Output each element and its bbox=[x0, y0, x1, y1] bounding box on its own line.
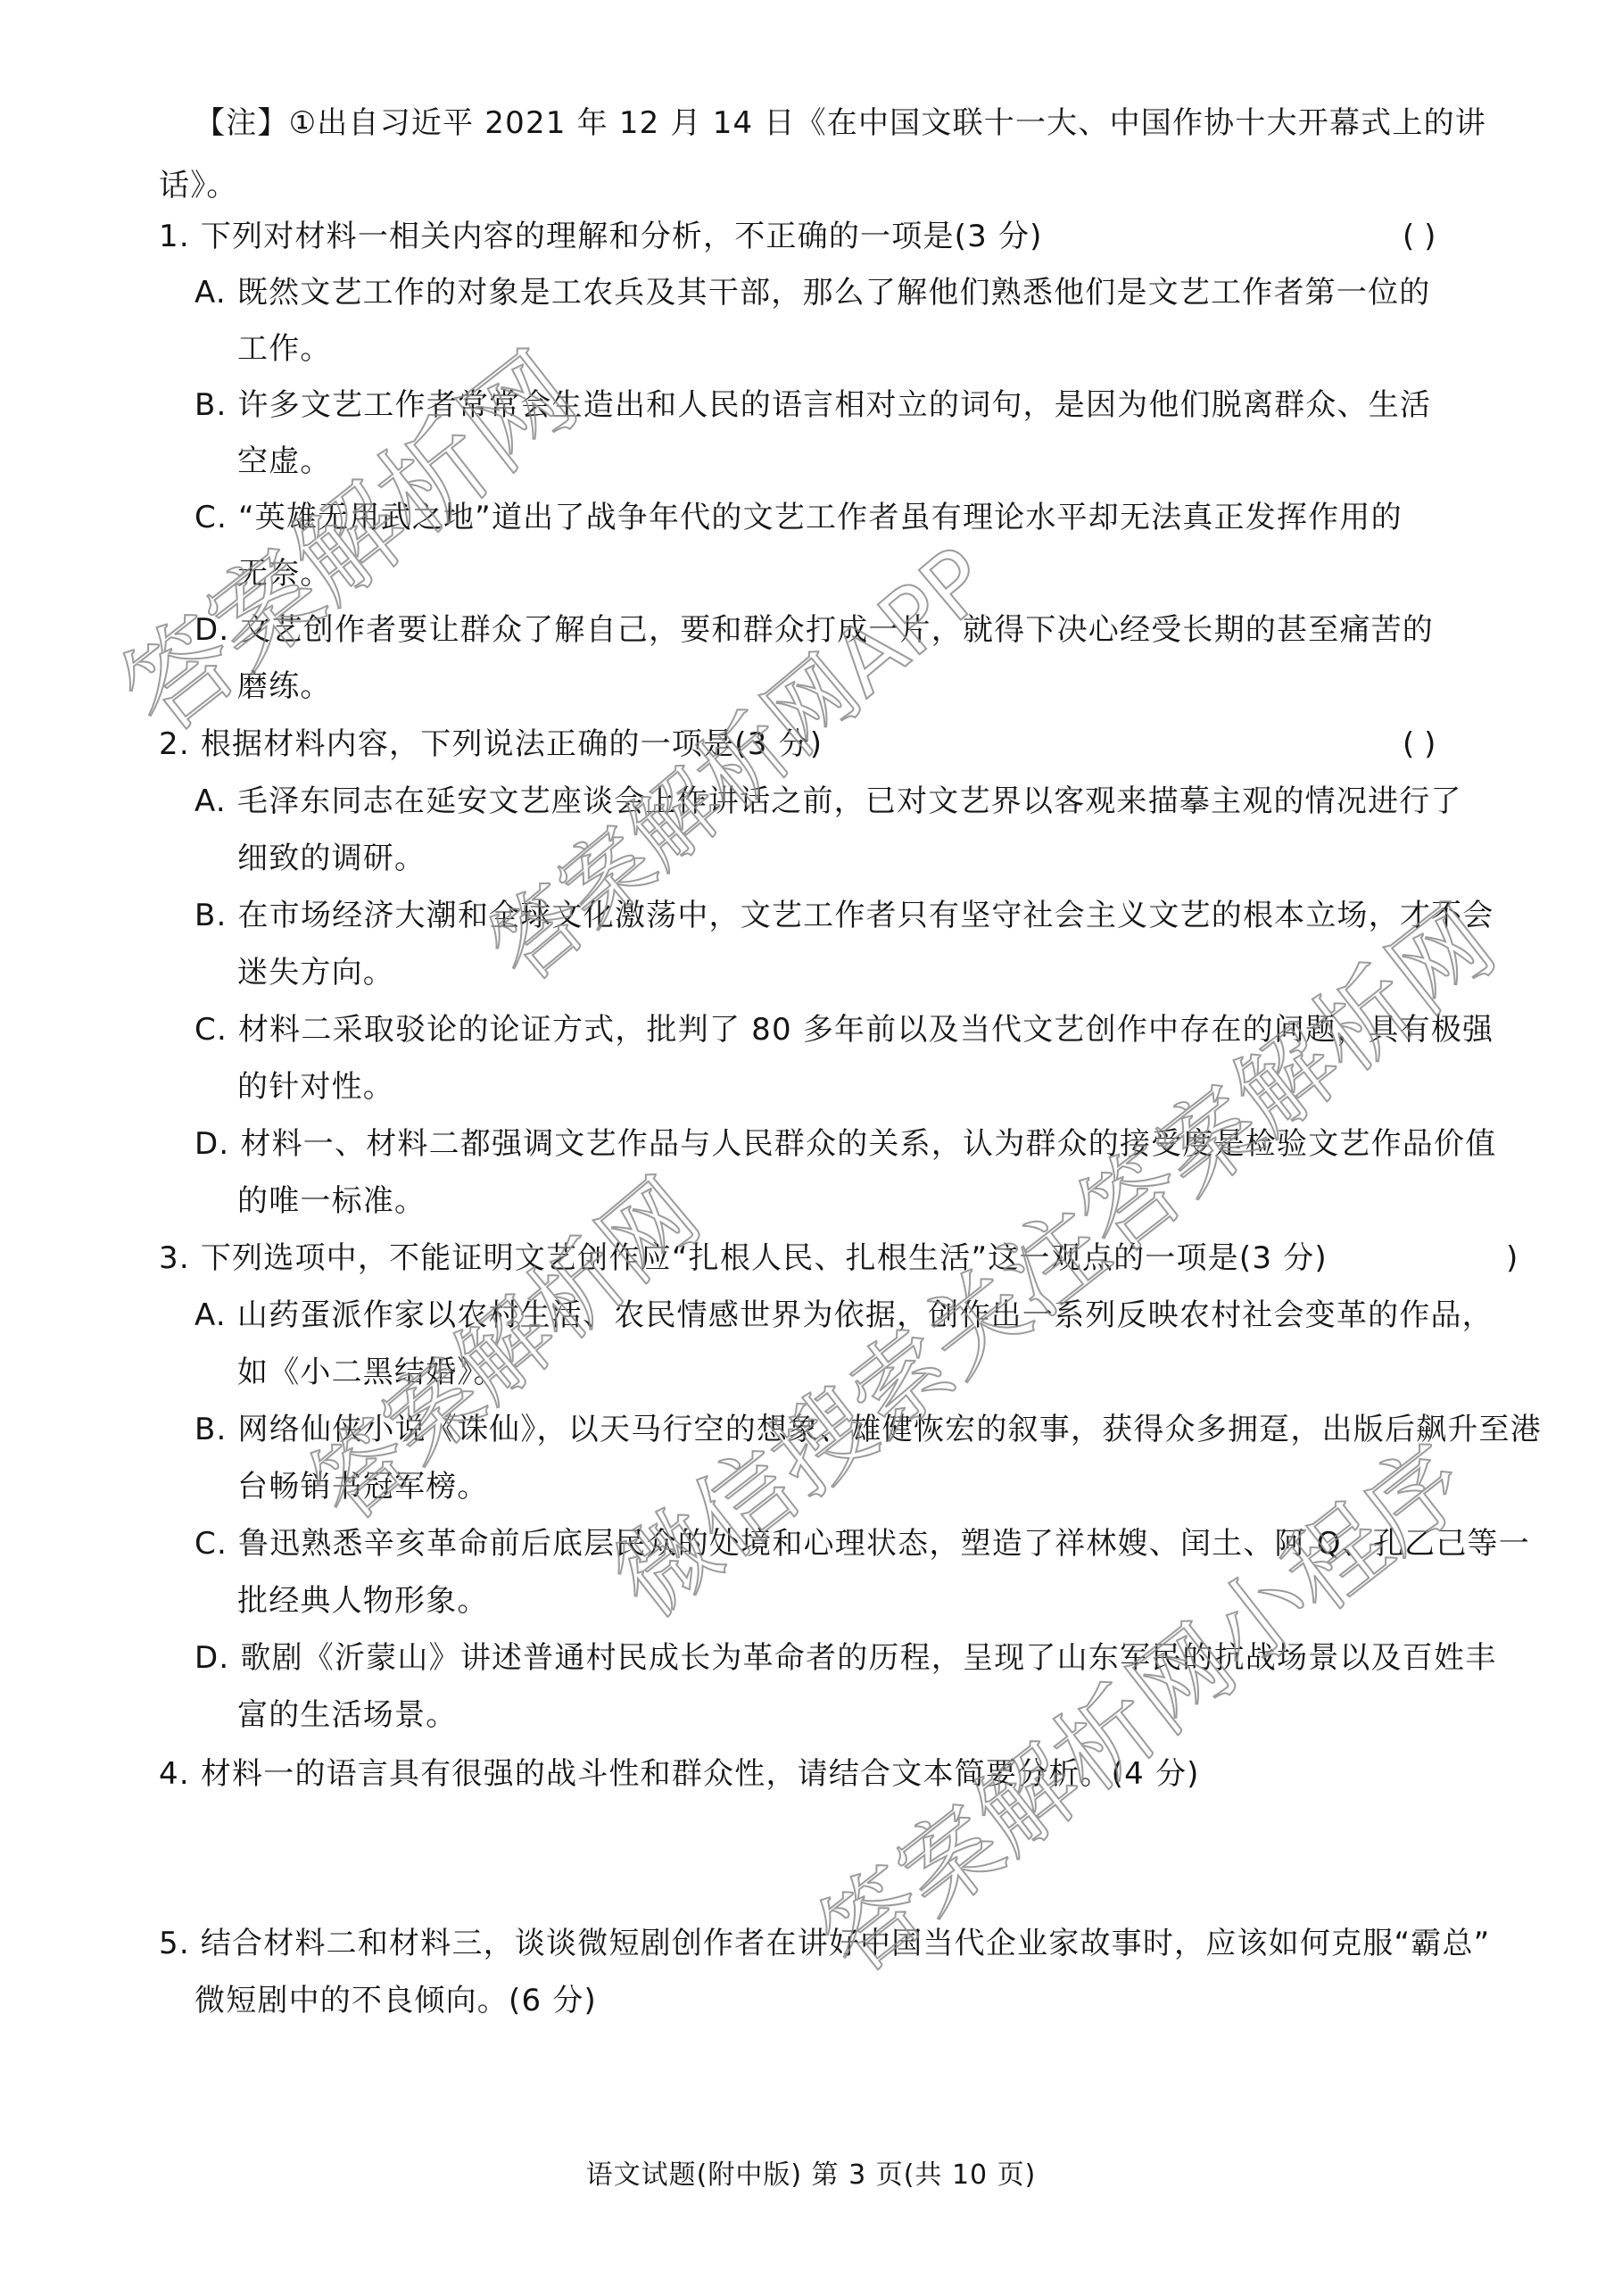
q2-option-b: B. 在市场经济大潮和全球文化激荡中，文艺工作者只有坚守社会主义文艺的根本立场，… bbox=[194, 896, 1494, 935]
q3-option-b-cont: 台畅销书冠军榜。 bbox=[237, 1467, 489, 1506]
q3-option-a: A. 山药蛋派作家以农村生活、农民情感世界为依据，创作出一系列反映农村社会变革的… bbox=[194, 1296, 1494, 1335]
q1-option-d-cont: 磨练。 bbox=[237, 667, 332, 706]
question-1-stem: 1. 下列对材料一相关内容的理解和分析，不正确的一项是(3 分) bbox=[159, 217, 1043, 256]
q1-option-a-cont: 工作。 bbox=[237, 329, 332, 369]
q1-option-d: D. 文艺创作者要让群众了解自己，要和群众打成一片，就得下决心经受长期的甚至痛苦… bbox=[194, 610, 1434, 650]
q1-option-a: A. 既然文艺工作的对象是工农兵及其干部，那么了解他们熟悉他们是文艺工作者第一位… bbox=[194, 273, 1430, 312]
watermark-5: 答案解析网小程序 bbox=[786, 1405, 1492, 2000]
q2-option-d: D. 材料一、材料二都强调文艺作品与人民群众的关系，认为群众的接受度是检验文艺作… bbox=[194, 1124, 1496, 1164]
q1-option-c: C. “英雄无用武之地”道出了战争年代的文艺工作者虽有理论水平却无法真正发挥作用… bbox=[194, 498, 1403, 537]
question-5-stem-cont: 微短剧中的不良倾向。(6 分) bbox=[194, 1981, 597, 2020]
exam-page: 【注】①出自习近平 2021 年 12 月 14 日《在中国文联十一大、中国作协… bbox=[0, 0, 1622, 2296]
question-5-stem: 5. 结合材料二和材料三，谈谈微短剧创作者在讲好中国当代企业家故事时，应该如何克… bbox=[159, 1924, 1490, 1963]
q3-option-b: B. 网络仙侠小说《诛仙》，以天马行空的想象、雄健恢宏的叙事，获得众多拥趸，出版… bbox=[194, 1410, 1542, 1449]
q2-option-a-cont: 细致的调研。 bbox=[237, 839, 426, 878]
q3-option-d-cont: 富的生活场景。 bbox=[237, 1695, 457, 1735]
q1-option-b: B. 许多文艺工作者常常会生造出和人民的语言相对立的词句，是因为他们脱离群众、生… bbox=[194, 385, 1431, 425]
q2-option-a: A. 毛泽东同志在延安文艺座谈会上作讲话之前，已对文艺界以客观来描摹主观的情况进… bbox=[194, 782, 1462, 821]
answer-bracket-2: ( ) bbox=[1403, 725, 1436, 764]
q3-option-c-cont: 批经典人物形象。 bbox=[237, 1581, 489, 1620]
question-2-stem: 2. 根据材料内容，下列说法正确的一项是(3 分) bbox=[159, 725, 823, 764]
footnote-line-1: 【注】①出自习近平 2021 年 12 月 14 日《在中国文联十一大、中国作协… bbox=[194, 104, 1486, 143]
footnote-line-2: 话》。 bbox=[159, 166, 238, 205]
q1-option-b-cont: 空虚。 bbox=[237, 442, 332, 481]
q3-option-c: C. 鲁迅熟悉辛亥革命前后底层民众的处境和心理状态，塑造了祥林嫂、闰土、阿 Q、… bbox=[194, 1524, 1530, 1563]
question-3-stem: 3. 下列选项中，不能证明文艺创作应“扎根人民、扎根生活”这一观点的一项是(3 … bbox=[159, 1239, 1328, 1278]
answer-bracket-3: ) bbox=[1506, 1239, 1518, 1278]
page-footer: 语文试题(附中版) 第 3 页(共 10 页) bbox=[0, 2158, 1622, 2193]
q3-option-d: D. 歌剧《沂蒙山》讲述普通村民成长为革命者的历程，呈现了山东军民的抗战场景以及… bbox=[194, 1638, 1496, 1678]
q2-option-c: C. 材料二采取驳论的论证方式，批判了 80 多年前以及当代文艺创作中存在的问题… bbox=[194, 1010, 1494, 1049]
q2-option-b-cont: 迷失方向。 bbox=[237, 953, 394, 992]
q2-option-d-cont: 的唯一标准。 bbox=[237, 1181, 426, 1221]
q2-option-c-cont: 的针对性。 bbox=[237, 1067, 394, 1107]
q1-option-c-cont: 无奈。 bbox=[237, 554, 332, 593]
q3-option-a-cont: 如《小二黑结婚》。 bbox=[237, 1353, 505, 1392]
question-4-stem: 4. 材料一的语言具有很强的战斗性和群众性，请结合文本简要分析。(4 分) bbox=[159, 1754, 1200, 1794]
answer-bracket-1: ( ) bbox=[1403, 217, 1436, 256]
